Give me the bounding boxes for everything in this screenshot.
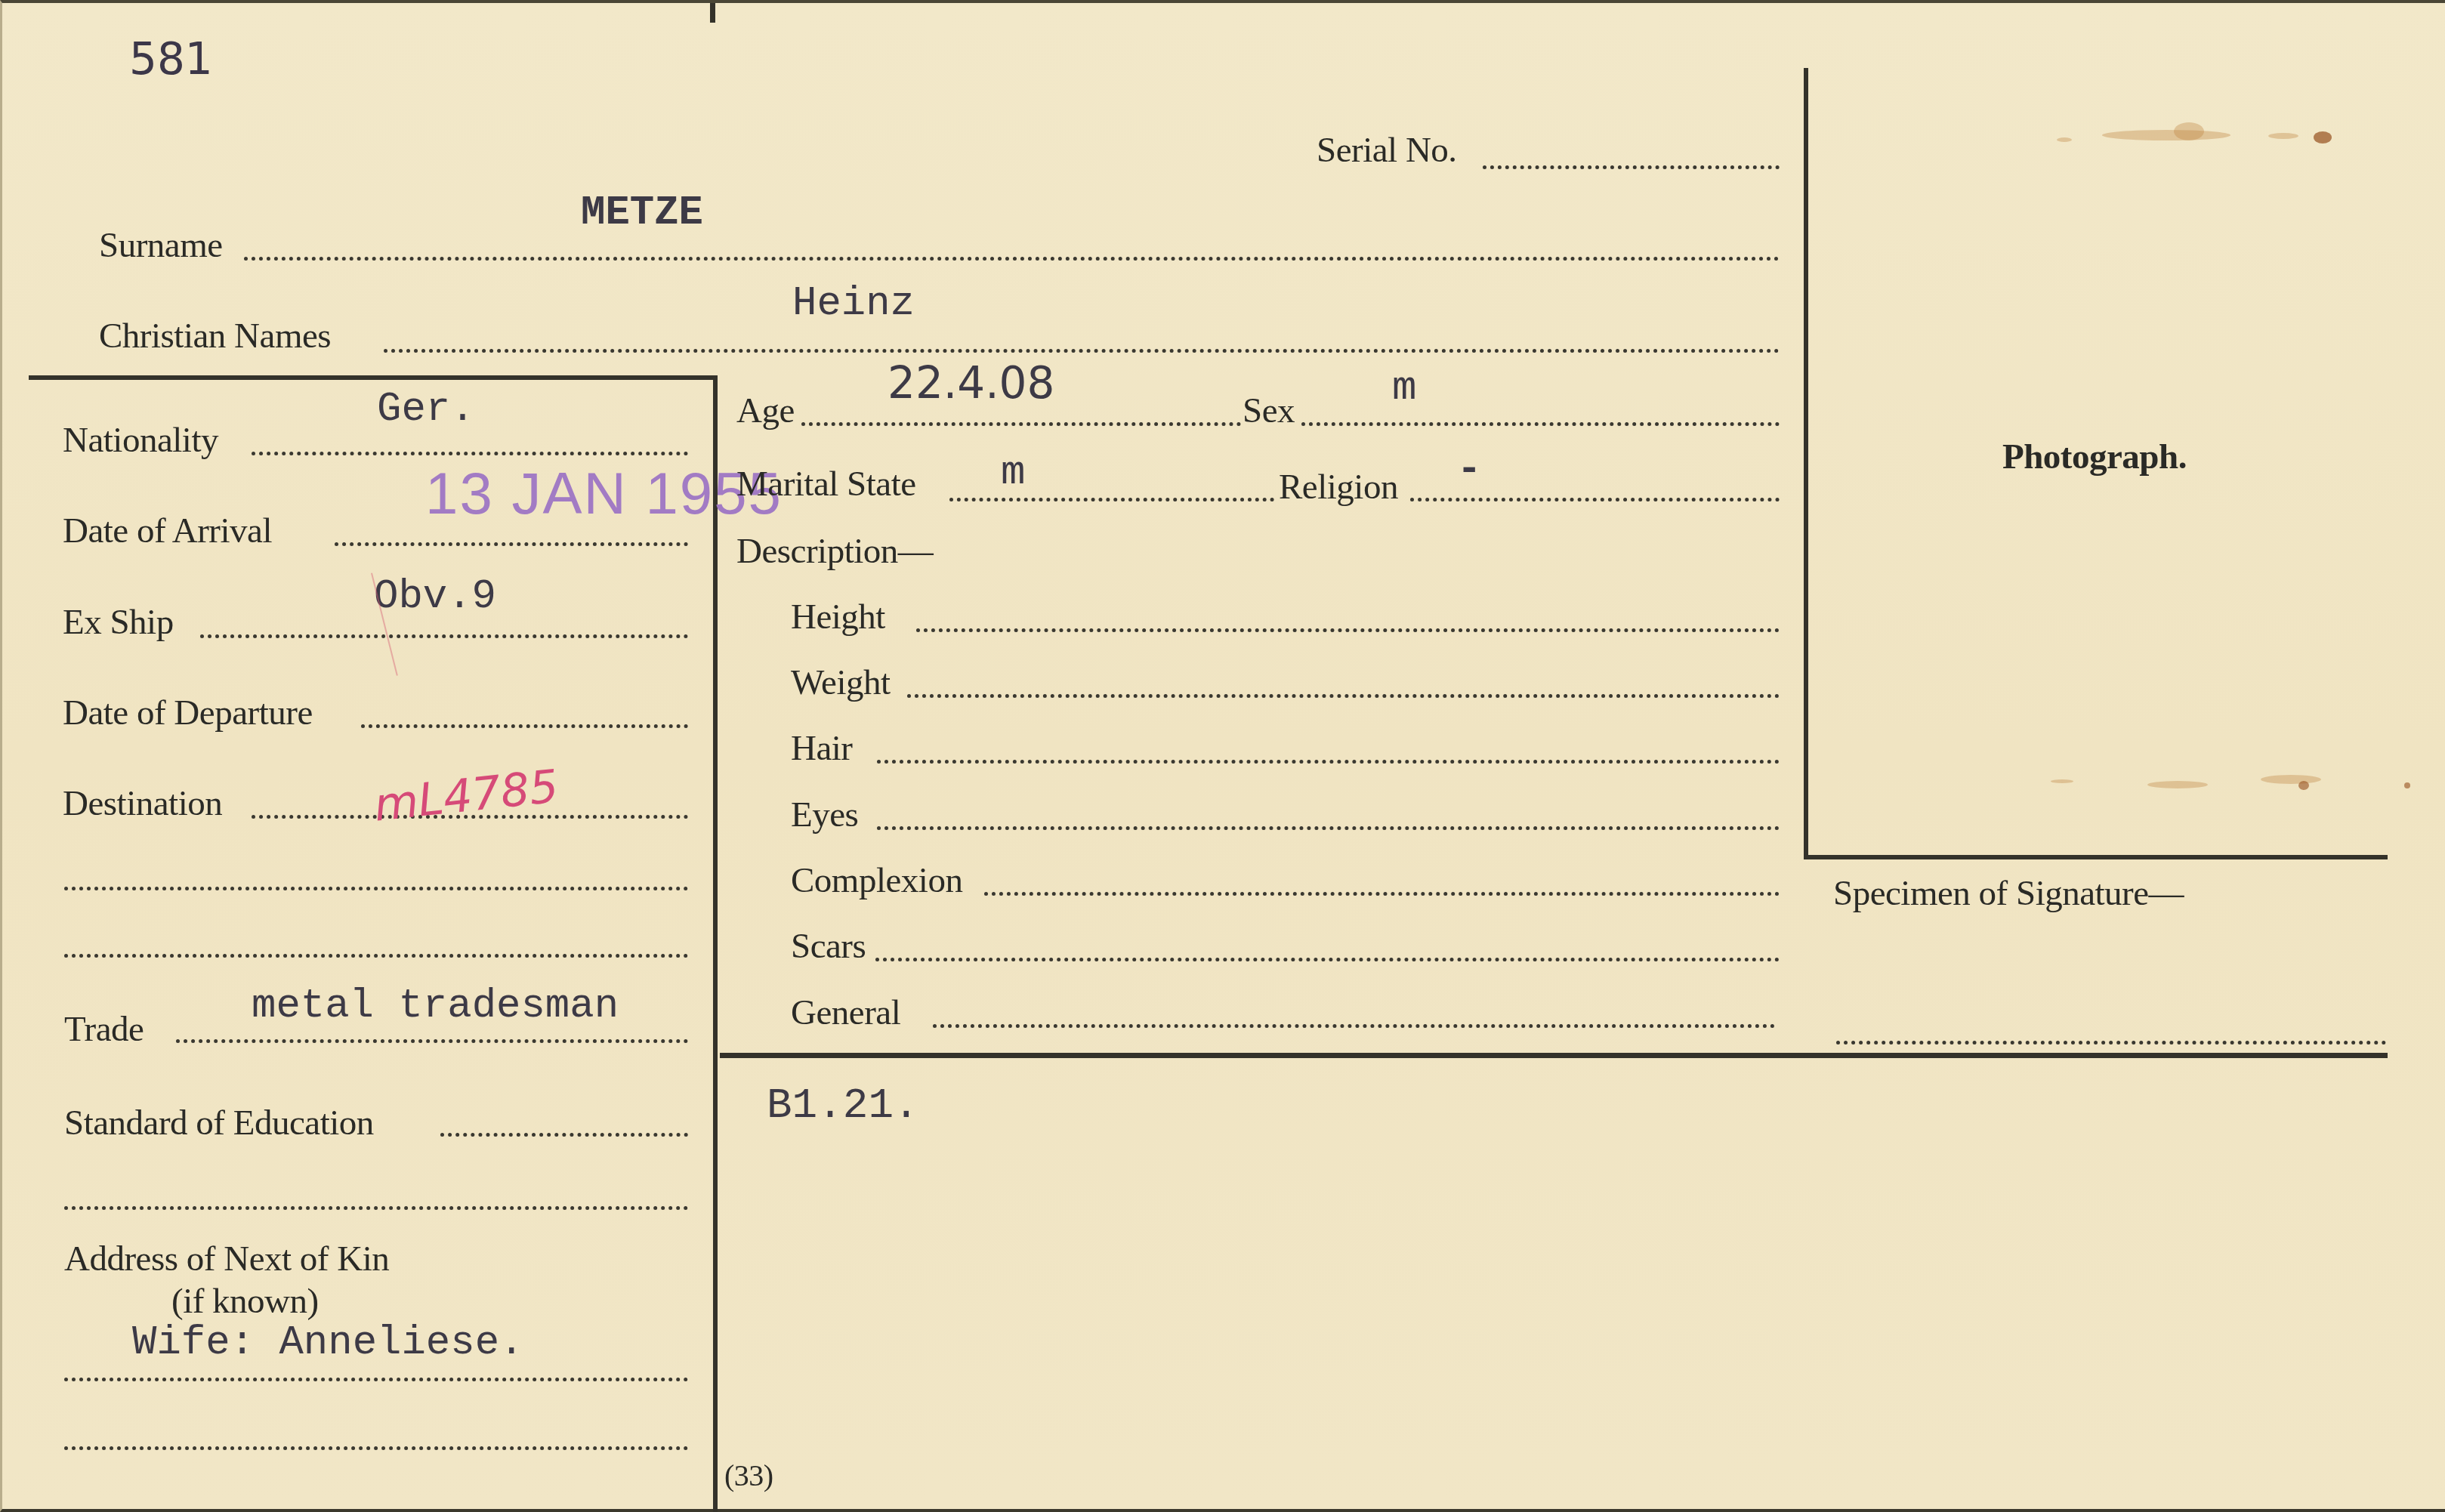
paper-stain — [2261, 775, 2321, 784]
weight-field[interactable] — [907, 694, 1780, 698]
date-of-arrival-label: Date of Arrival — [63, 514, 272, 549]
surname-value: METZE — [581, 193, 703, 234]
marital-state-field[interactable] — [949, 498, 1274, 501]
sex-value: m — [1392, 369, 1416, 409]
paper-stain — [2174, 122, 2204, 140]
height-label: Height — [791, 600, 885, 635]
destination-label: Destination — [63, 786, 222, 822]
paper-stain — [2051, 779, 2073, 783]
surname-field[interactable] — [244, 257, 1780, 261]
next-of-kin-sublabel: (if known) — [171, 1284, 319, 1319]
nationality-value: Ger. — [377, 390, 475, 430]
christian-names-label: Christian Names — [99, 319, 331, 354]
education-extra-line[interactable] — [64, 1206, 688, 1210]
paper-stain — [2298, 781, 2309, 790]
date-of-arrival-field[interactable] — [335, 542, 688, 546]
destination-extra-line-1[interactable] — [64, 887, 688, 890]
weight-label: Weight — [791, 665, 891, 701]
age-field[interactable] — [801, 422, 1241, 426]
marital-state-label: Marital State — [736, 467, 916, 502]
general-label: General — [791, 995, 900, 1031]
standard-of-education-field[interactable] — [440, 1133, 688, 1137]
paper-stain — [2147, 781, 2208, 788]
age-value: 22.4.08 — [888, 361, 1054, 405]
signature-label: Specimen of Signature— — [1833, 876, 2184, 912]
date-of-departure-label: Date of Departure — [63, 696, 313, 731]
religion-field[interactable] — [1410, 498, 1780, 501]
paper-stain — [2268, 133, 2298, 139]
paper-stain — [2057, 137, 2072, 142]
sex-field[interactable] — [1301, 422, 1780, 426]
ex-ship-field[interactable] — [200, 634, 688, 638]
trade-field[interactable] — [176, 1039, 688, 1043]
nationality-label: Nationality — [63, 423, 218, 458]
complexion-field[interactable] — [984, 892, 1780, 896]
left-box-top-rule — [29, 375, 718, 380]
religion-value: - — [1457, 450, 1481, 491]
age-label: Age — [736, 393, 795, 429]
card-number: 581 — [129, 33, 213, 85]
arrival-date-stamp: 13 JAN 1955 — [425, 464, 783, 523]
next-of-kin-field-2[interactable] — [64, 1446, 688, 1450]
standard-of-education-label: Standard of Education — [64, 1106, 374, 1141]
top-tick-mark — [710, 3, 715, 23]
photo-box-bottom-rule — [1804, 855, 2388, 859]
next-of-kin-field-1[interactable] — [64, 1378, 688, 1381]
next-of-kin-value: Wife: Anneliese. — [132, 1323, 523, 1364]
christian-names-value: Heinz — [792, 284, 915, 325]
religion-label: Religion — [1279, 470, 1398, 505]
date-of-departure-field[interactable] — [361, 724, 688, 728]
hair-label: Hair — [791, 731, 853, 767]
eyes-label: Eyes — [791, 798, 858, 833]
sex-label: Sex — [1243, 393, 1295, 429]
trade-value: metal tradesman — [252, 986, 619, 1027]
remarks-value: B1.21. — [767, 1085, 919, 1127]
photograph-placeholder-label: Photograph. — [2002, 440, 2187, 475]
hair-field[interactable] — [877, 760, 1780, 764]
complexion-label: Complexion — [791, 863, 962, 899]
height-field[interactable] — [916, 628, 1780, 632]
eyes-field[interactable] — [877, 826, 1780, 830]
ex-ship-value: Obv.9 — [374, 577, 496, 618]
signature-field[interactable] — [1836, 1041, 2386, 1045]
ex-ship-label: Ex Ship — [63, 605, 174, 640]
general-field[interactable] — [933, 1024, 1775, 1028]
description-label: Description— — [736, 534, 933, 569]
paper-stain — [2404, 782, 2410, 788]
marital-state-value: m — [1001, 453, 1025, 494]
paper-stain — [2102, 130, 2230, 140]
serial-no-field[interactable] — [1483, 165, 1780, 169]
surname-label: Surname — [99, 228, 223, 264]
christian-names-field[interactable] — [384, 349, 1780, 353]
form-code: (33) — [724, 1461, 773, 1491]
destination-extra-line-2[interactable] — [64, 954, 688, 958]
serial-no-label: Serial No. — [1317, 133, 1457, 168]
trade-label: Trade — [64, 1012, 144, 1048]
paper-stain — [2314, 131, 2332, 143]
nationality-field[interactable] — [252, 452, 688, 455]
left-column-divider — [713, 375, 718, 1512]
scars-label: Scars — [791, 929, 866, 964]
description-bottom-rule — [720, 1053, 2388, 1058]
next-of-kin-label: Address of Next of Kin — [64, 1242, 389, 1277]
registration-card: 581 Serial No. Surname METZE Christian N… — [0, 0, 2445, 1512]
scars-field[interactable] — [875, 958, 1780, 961]
photo-box-left-border — [1804, 68, 1808, 859]
